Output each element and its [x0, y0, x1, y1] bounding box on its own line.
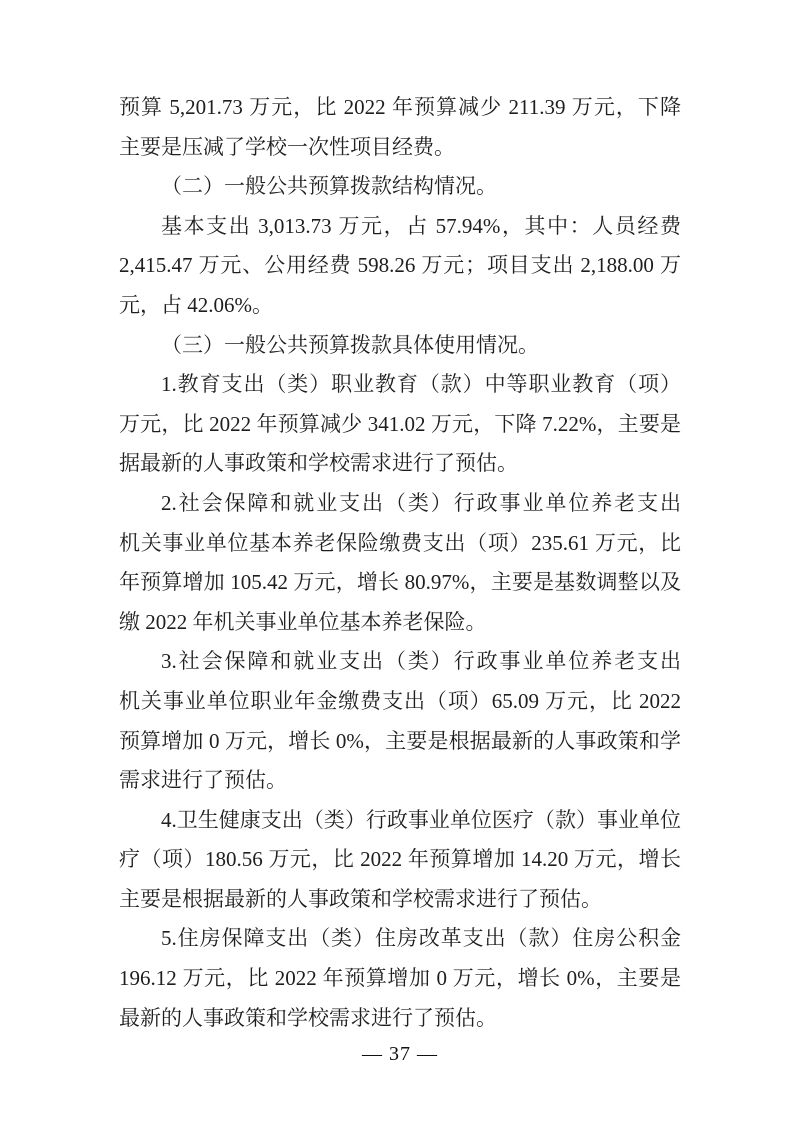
text-line: 机关事业单位基本养老保险缴费支出（项）235.61 万元，比 2022 [119, 524, 681, 564]
text-line: 机关事业单位职业年金缴费支出（项）65.09 万元，比 2022 年 [119, 682, 681, 722]
text-line: 主要是根据最新的人事政策和学校需求进行了预估。 [119, 880, 681, 920]
text-line: 2,415.47 万元、公用经费 598.26 万元；项目支出 2,188.00… [119, 246, 681, 286]
text-line: 196.12 万元，比 2022 年预算增加 0 万元，增长 0%，主要是根据 [119, 959, 681, 999]
text-line: 预算 5,201.73 万元，比 2022 年预算减少 211.39 万元，下降… [119, 88, 681, 128]
text-line: 主要是压减了学校一次性项目经费。 [119, 128, 681, 168]
page-number: — 37 — [0, 1040, 800, 1068]
text-line: 4.卫生健康支出（类）行政事业单位医疗（款）事业单位医 [119, 801, 681, 841]
body-text: 预算 5,201.73 万元，比 2022 年预算减少 211.39 万元，下降… [119, 88, 681, 1038]
text-line: 疗（项）180.56 万元，比 2022 年预算增加 14.20 万元，增长 8… [119, 840, 681, 880]
text-line: 5.住房保障支出（类）住房改革支出（款）住房公积金（项） [119, 919, 681, 959]
text-line: 2.社会保障和就业支出（类）行政事业单位养老支出（款） [119, 484, 681, 524]
text-line: 据最新的人事政策和学校需求进行了预估。 [119, 444, 681, 484]
text-line: 需求进行了预估。 [119, 761, 681, 801]
text-line: 缴 2022 年机关事业单位基本养老保险。 [119, 603, 681, 643]
text-line section-heading: （三）一般公共预算拨款具体使用情况。 [119, 326, 681, 366]
document-page: 预算 5,201.73 万元，比 2022 年预算减少 211.39 万元，下降… [0, 0, 800, 1131]
text-line: 预算增加 0 万元，增长 0%，主要是根据最新的人事政策和学校 [119, 722, 681, 762]
text-line: 最新的人事政策和学校需求进行了预估。 [119, 999, 681, 1039]
text-line: 万元，比 2022 年预算减少 341.02 万元，下降 7.22%，主要是根 [119, 405, 681, 445]
text-line: 1.教育支出（类）职业教育（款）中等职业教育（项）4,383.29 [119, 365, 681, 405]
text-line section-heading: （二）一般公共预算拨款结构情况。 [119, 167, 681, 207]
text-line: 3.社会保障和就业支出（类）行政事业单位养老支出（款） [119, 642, 681, 682]
text-line: 基本支出 3,013.73 万元，占 57.94%，其中：人员经费 [119, 207, 681, 247]
text-line: 年预算增加 105.42 万元，增长 80.97%，主要是基数调整以及补 [119, 563, 681, 603]
text-line: 元，占 42.06%。 [119, 286, 681, 326]
